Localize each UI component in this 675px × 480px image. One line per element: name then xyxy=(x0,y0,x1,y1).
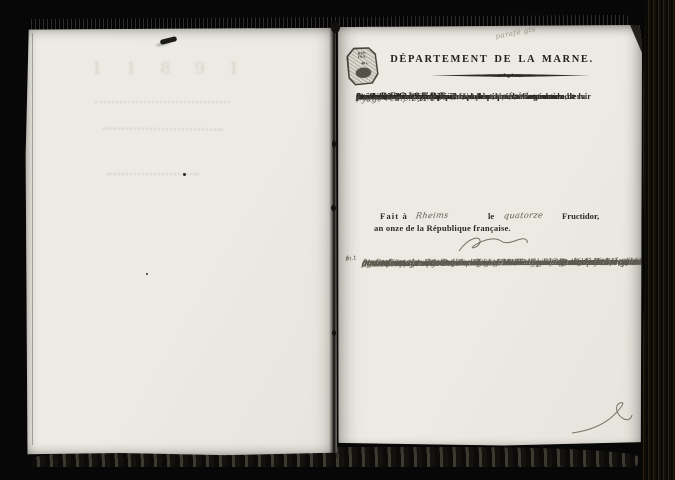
closing-flourish xyxy=(570,397,634,437)
margin-note-line2: 1 xyxy=(345,255,350,262)
bleedthrough-line xyxy=(95,101,230,103)
stamp-value: 40 c. xyxy=(356,61,374,66)
revenue-stamp: RÉP. FRA. 40 c. xyxy=(346,46,380,86)
handwritten-place: Rheims xyxy=(415,210,449,221)
act-line-text: constaté par moi Louis François de Laitr… xyxy=(361,255,661,271)
handwritten-day: quatorze xyxy=(503,210,544,221)
signature-flourish xyxy=(455,233,531,257)
archival-scan: 1 1 8 9 1 parafé gts RÉP. FRA. 40 c. DÉP… xyxy=(0,0,675,480)
month-label: Fructidor, xyxy=(562,211,599,221)
ink-smudge xyxy=(160,36,178,45)
page-corner-shadow xyxy=(630,25,642,53)
book-gutter xyxy=(329,20,339,458)
ink-speck xyxy=(183,173,186,176)
fait-line-2: an onze de la République française. xyxy=(374,223,511,233)
right-page: parafé gts RÉP. FRA. 40 c. DÉPARTEMENT D… xyxy=(337,25,642,448)
margin-entry-number: m.t 1 xyxy=(345,254,361,255)
gutter-shadow-blob xyxy=(331,22,340,33)
gutter-shadow-blob xyxy=(332,140,336,148)
left-page: 1 1 8 9 1 xyxy=(25,27,337,456)
underlying-page-edge xyxy=(32,33,33,445)
fait-label: Fait à xyxy=(380,211,408,221)
bleedthrough-marks: 1 1 8 9 1 xyxy=(85,59,255,79)
revenue-stamp-face: RÉP. FRA. 40 c. xyxy=(347,48,377,85)
ink-speck xyxy=(146,273,148,275)
le-label: le xyxy=(488,211,494,221)
book-fore-edge xyxy=(641,0,675,480)
swelled-rule-ornament xyxy=(428,71,592,80)
gutter-shadow-blob xyxy=(331,205,336,211)
stamp-caption: RÉP. FRA. xyxy=(353,51,370,59)
bleedthrough-line xyxy=(103,127,223,130)
gutter-shadow-blob xyxy=(332,330,336,336)
page-title: DÉPARTEMENT DE LA MARNE. xyxy=(389,54,595,65)
